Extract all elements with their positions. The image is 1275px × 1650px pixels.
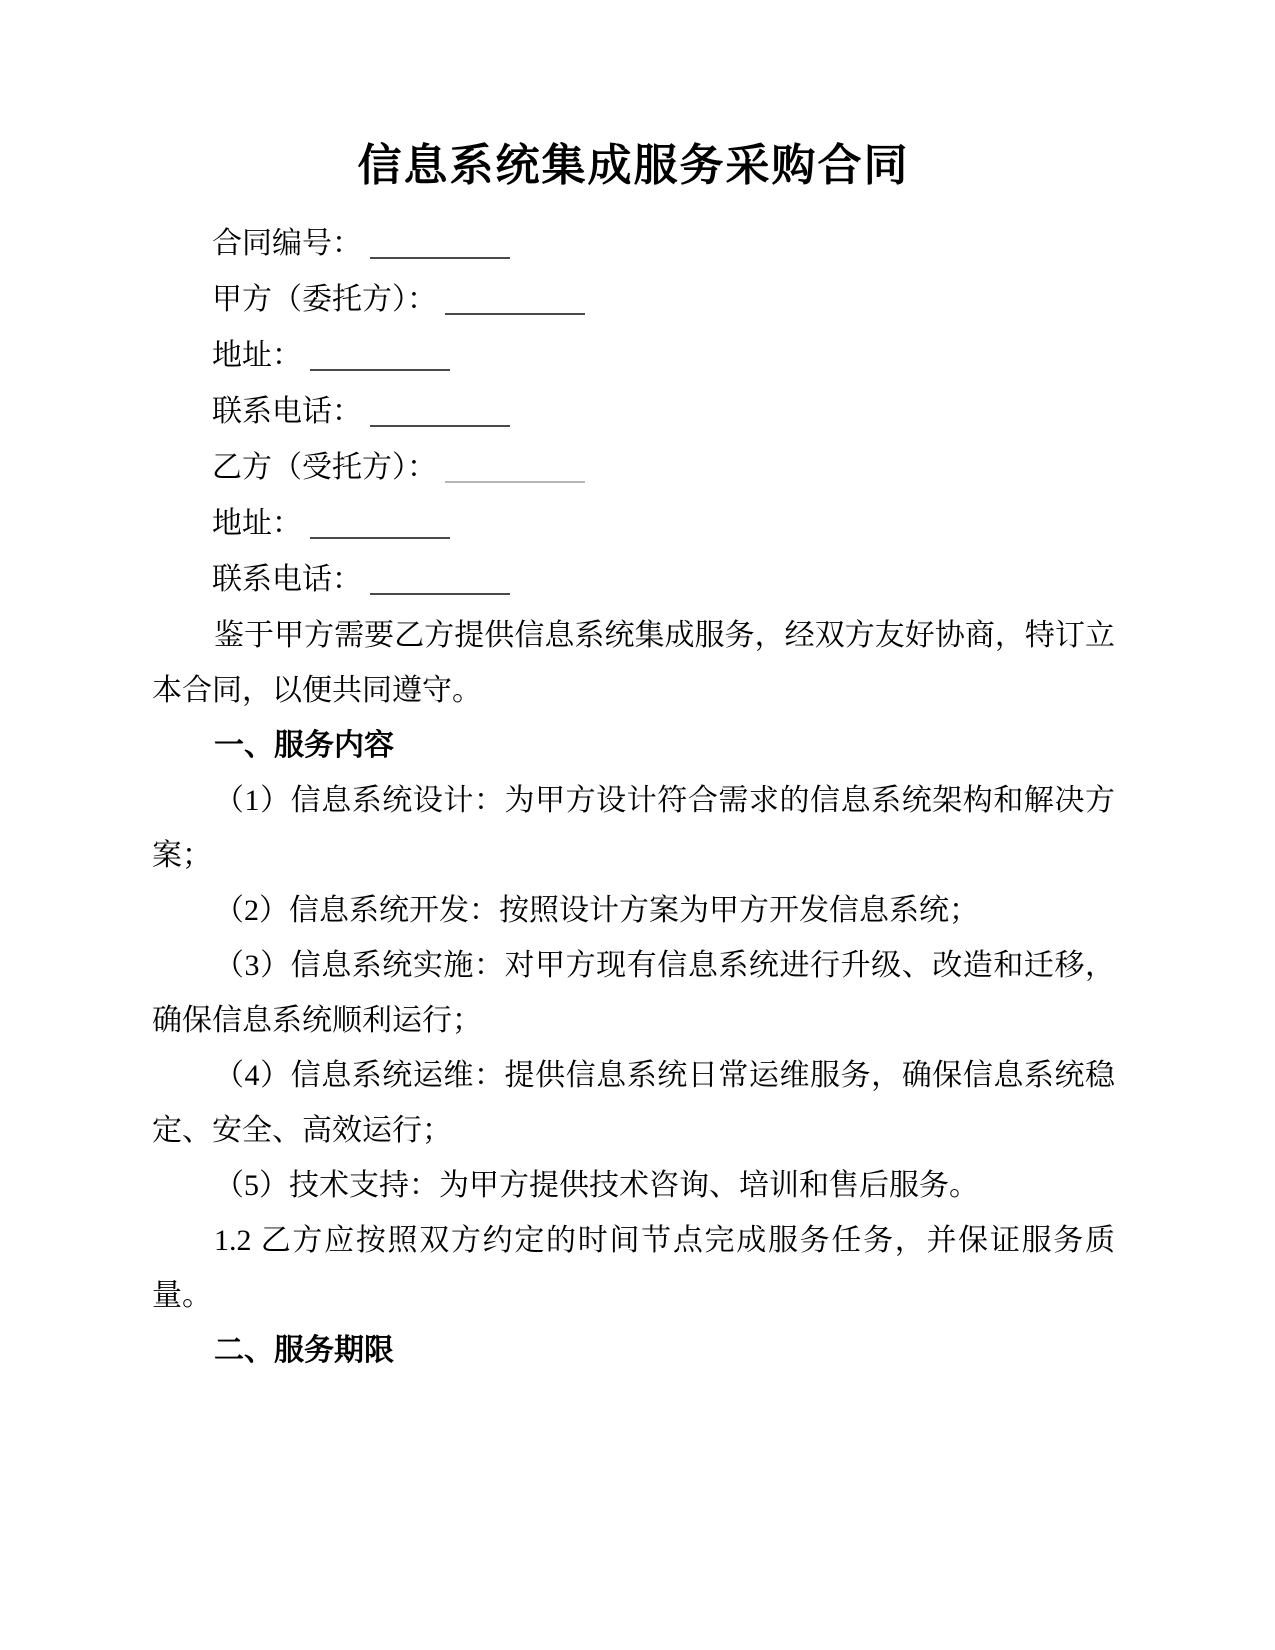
field-row-party-b-address: 地址： [152, 496, 1115, 552]
field-label-party-b: 乙方（受托方）： [212, 451, 437, 484]
clause-1-2-schedule-quality: 1.2 乙方应按照双方约定的时间节点完成服务任务，并保证服务质量。 [152, 1213, 1115, 1323]
field-label-party-b-phone: 联系电话： [212, 563, 362, 596]
field-row-party-a-address: 地址： [152, 328, 1115, 384]
clause-1-system-design: （1）信息系统设计：为甲方设计符合需求的信息系统架构和解决方案； [152, 773, 1115, 883]
field-label-party-a: 甲方（委托方）： [212, 283, 437, 316]
preamble-paragraph: 鉴于甲方需要乙方提供信息系统集成服务，经双方友好协商，特订立本合同，以便共同遵守… [152, 608, 1115, 718]
blank-underline-party-b-phone[interactable] [370, 565, 510, 595]
field-label-contract-number: 合同编号： [212, 227, 362, 260]
blank-underline-contract-number[interactable] [370, 229, 510, 259]
blank-underline-party-a[interactable] [445, 285, 585, 315]
blank-underline-party-b-address[interactable] [310, 509, 450, 539]
field-label-party-a-address: 地址： [212, 339, 302, 372]
field-row-party-b: 乙方（受托方）： [152, 440, 1115, 496]
field-label-party-a-phone: 联系电话： [212, 395, 362, 428]
clause-2-system-development: （2）信息系统开发：按照设计方案为甲方开发信息系统； [152, 883, 1115, 938]
field-label-party-b-address: 地址： [212, 507, 302, 540]
section-heading-service-content: 一、服务内容 [152, 718, 1115, 773]
contract-title: 信息系统集成服务采购合同 [152, 134, 1115, 198]
blank-underline-party-b[interactable] [445, 453, 585, 483]
clause-5-technical-support: （5）技术支持：为甲方提供技术咨询、培训和售后服务。 [152, 1158, 1115, 1213]
blank-underline-party-a-phone[interactable] [370, 397, 510, 427]
section-heading-service-term: 二、服务期限 [152, 1323, 1115, 1378]
field-row-contract-number: 合同编号： [152, 216, 1115, 272]
contract-page: 信息系统集成服务采购合同 合同编号： 甲方（委托方）： 地址： 联系电话： 乙方… [0, 0, 1275, 1650]
blank-underline-party-a-address[interactable] [310, 341, 450, 371]
field-row-party-a: 甲方（委托方）： [152, 272, 1115, 328]
contract-fields: 合同编号： 甲方（委托方）： 地址： 联系电话： 乙方（受托方）： 地址： 联系… [152, 216, 1115, 608]
clause-3-system-implementation: （3）信息系统实施：对甲方现有信息系统进行升级、改造和迁移，确保信息系统顺利运行… [152, 938, 1115, 1048]
clause-4-system-operations: （4）信息系统运维：提供信息系统日常运维服务，确保信息系统稳定、安全、高效运行； [152, 1048, 1115, 1158]
field-row-party-b-phone: 联系电话： [152, 552, 1115, 608]
field-row-party-a-phone: 联系电话： [152, 384, 1115, 440]
